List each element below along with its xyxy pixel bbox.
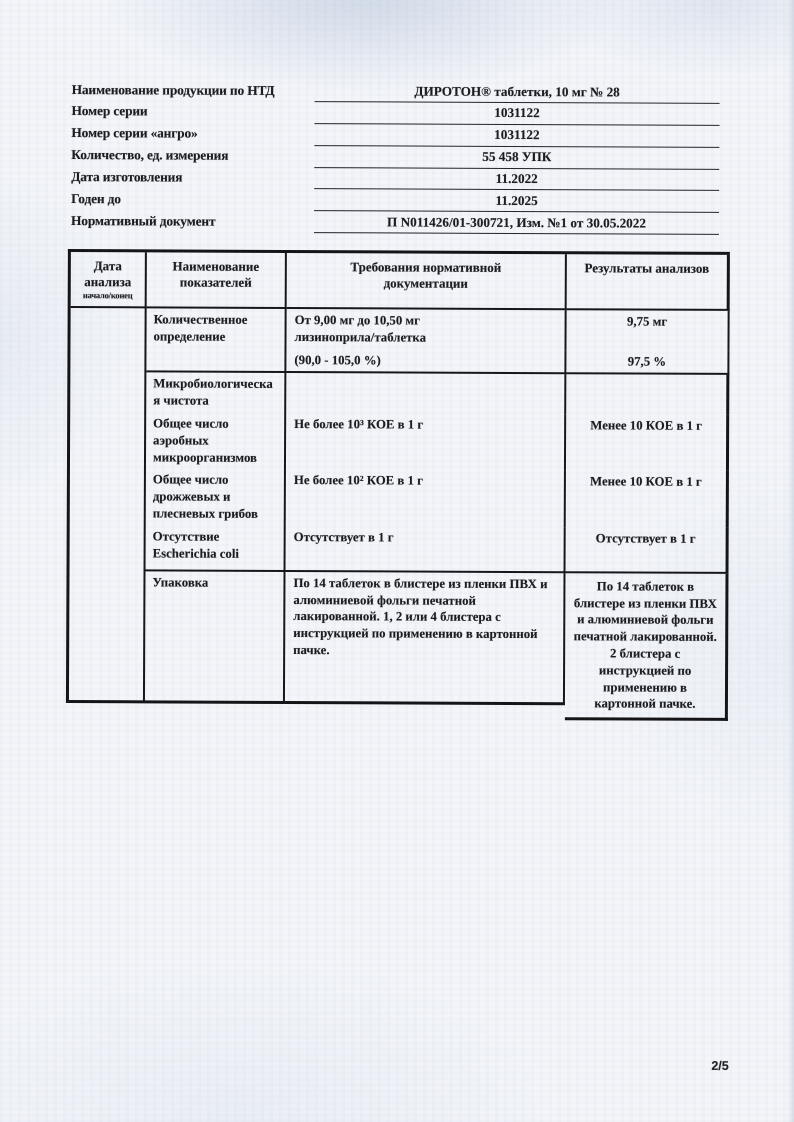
field-label: Номер серии «ангро» [71, 123, 314, 142]
field-row-normative-document: Нормативный документ П N011426/01-300721… [71, 210, 719, 235]
cell-packaging-name: Упаковка [145, 571, 286, 704]
cell-micro-title: Микробиологическая чистота [146, 373, 286, 413]
cell-text: Количественное определение [154, 312, 248, 343]
cell-packaging-requirement: По 14 таблеток в блистере из пленки ПВХ … [285, 572, 566, 705]
column-header-results: Результаты анализов [567, 254, 730, 311]
cell-assay-result: 9,75 мг [566, 310, 729, 350]
page-number: 2/5 [711, 1059, 728, 1073]
field-value: ДИРОТОН® таблетки, 10 мг № 28 [315, 80, 720, 104]
analysis-table: Дата анализа начало/конец Наименование п… [66, 249, 730, 706]
column-header-text: Дата анализа [84, 258, 131, 289]
field-row-batch-number: Номер серии 1031122 [71, 101, 719, 126]
column-header-indicator-name: Наименование показателей [147, 252, 287, 309]
column-header-subtext: начало/конец [78, 290, 138, 300]
field-row-expiry-date: Годен до 11.2025 [71, 189, 719, 214]
cell-micro-yeast-mould-result: Менее 10 КОЕ в 1 г [566, 471, 729, 528]
field-row-manufacture-date: Дата изготовления 11.2022 [71, 167, 719, 192]
column-header-analysis-date: Дата анализа начало/конец [71, 252, 147, 308]
cell-text: Общее число дрожжевых и плесневых грибов [153, 473, 258, 521]
field-label: Номер серии [71, 101, 314, 120]
cell-micro-ecoli-name: Отсутствие Escherichia coli [146, 525, 286, 572]
column-header-requirements: Требования нормативной документации [287, 253, 567, 310]
cell-text: 97,5 % [628, 354, 666, 368]
field-value: 11.2025 [314, 190, 719, 214]
column-header-text: Требования нормативной документации [323, 259, 528, 292]
cell-text: (90,0 - 105,0 %) [294, 353, 380, 367]
field-label: Дата изготовления [71, 167, 314, 186]
cell-micro-res-empty [566, 375, 729, 415]
cell-micro-aerobic-result: Менее 10 КОЕ в 1 г [566, 414, 729, 471]
cell-micro-ecoli-result: Отсутствует в 1 г [566, 527, 729, 574]
cell-text: Менее 10 КОЕ в 1 г [590, 418, 702, 432]
cell-assay-requirement: От 9,00 мг до 10,50 мг лизиноприла/табле… [286, 309, 566, 350]
field-value: 1031122 [314, 124, 719, 148]
cell-text: Отсутствие Escherichia coli [153, 529, 239, 560]
cell-text: По 14 таблеток в блистере из пленки ПВХ … [574, 579, 717, 711]
cell-micro-aerobic-requirement: Не более 10³ КОЕ в 1 г [286, 413, 566, 471]
field-value: 1031122 [314, 102, 719, 126]
field-row-product: Наименование продукции по НТД ДИРОТОН® т… [72, 79, 720, 104]
cell-text: Не более 10² КОЕ в 1 г [294, 473, 423, 488]
cell-text: Отсутствует в 1 г [596, 531, 696, 545]
cell-text: По 14 таблеток в блистере из пленки ПВХ … [293, 576, 547, 657]
cell-text: 9,75 мг [627, 314, 667, 328]
header-fields: Наименование продукции по НТД ДИРОТОН® т… [71, 79, 720, 235]
column-header-text: Наименование показателей [172, 258, 259, 289]
cell-text: Общее число аэробных микроорганизмов [153, 416, 257, 464]
cell-assay-requirement-range: (90,0 - 105,0 %) [286, 349, 566, 375]
document-sheet: Наименование продукции по НТД ДИРОТОН® т… [0, 0, 794, 1122]
cell-micro-req-empty [286, 373, 566, 414]
field-label: Нормативный документ [71, 210, 314, 229]
cell-micro-yeast-mould-name: Общее число дрожжевых и плесневых грибов [146, 469, 286, 526]
cell-text: Не более 10³ КОЕ в 1 г [294, 417, 423, 432]
cell-text: Менее 10 КОЕ в 1 г [590, 475, 702, 489]
field-label: Количество, ед. измерения [71, 145, 314, 164]
cell-packaging-result: По 14 таблеток в блистере из пленки ПВХ … [565, 573, 729, 721]
field-value: П N011426/01-300721, Изм. №1 от 30.05.20… [314, 211, 719, 235]
field-label: Наименование продукции по НТД [72, 79, 315, 98]
field-value: 11.2022 [314, 168, 719, 192]
cell-analysis-date-empty [69, 308, 147, 703]
cell-text: Микробиологическая чистота [153, 377, 273, 408]
field-value: 55 458 УПК [314, 146, 719, 170]
cell-text: Отсутствует в 1 г [294, 530, 394, 544]
cell-text: От 9,00 мг до 10,50 мг лизиноприла/табле… [294, 312, 462, 346]
field-row-bulk-batch-number: Номер серии «ангро» 1031122 [71, 123, 719, 148]
cell-micro-aerobic-name: Общее число аэробных микроорганизмов [146, 412, 286, 469]
field-row-quantity: Количество, ед. измерения 55 458 УПК [71, 145, 719, 170]
field-label: Годен до [71, 189, 314, 208]
cell-assay-result-percent: 97,5 % [566, 350, 729, 376]
cell-text: Упаковка [152, 575, 208, 589]
cell-micro-ecoli-requirement: Отсутствует в 1 г [286, 526, 566, 573]
column-header-text: Результаты анализов [585, 260, 710, 276]
cell-assay-name: Количественное определение [146, 308, 286, 373]
cell-micro-yeast-mould-requirement: Не более 10² КОЕ в 1 г [286, 469, 566, 527]
